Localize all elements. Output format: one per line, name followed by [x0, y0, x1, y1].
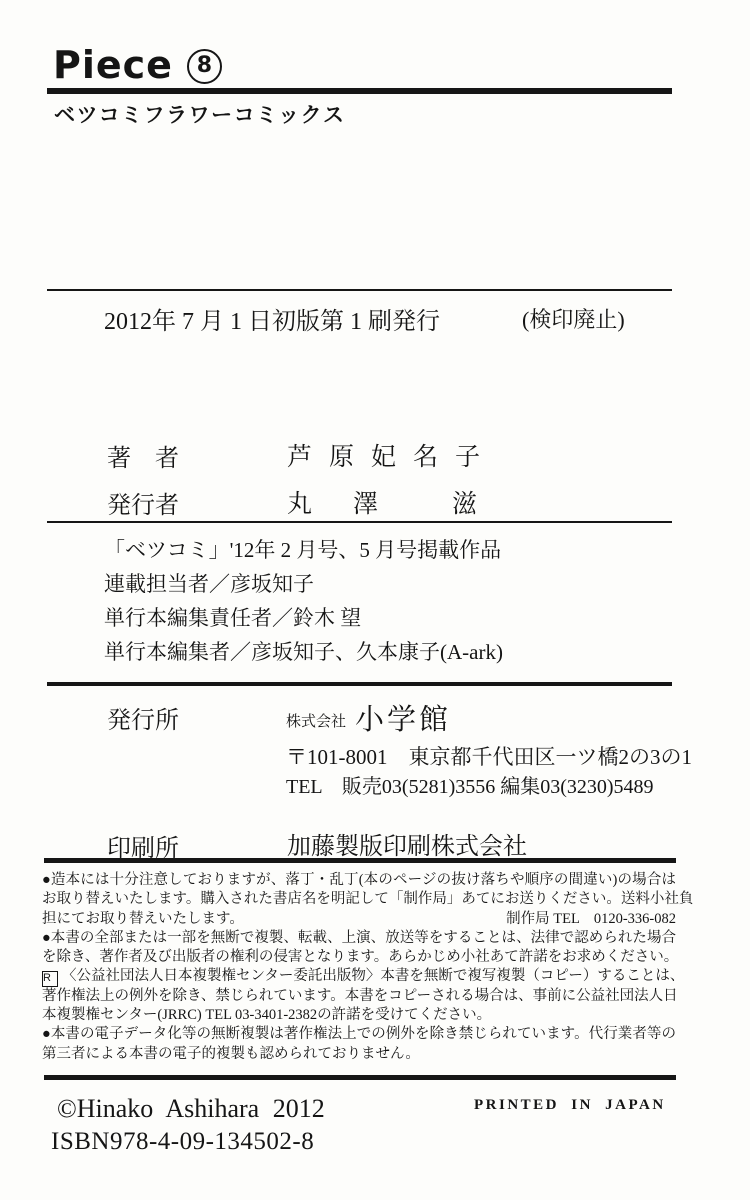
author-name: 芦原妃名子: [287, 437, 497, 473]
serial-editor: 連載担当者／彦坂知子: [104, 570, 503, 604]
book-editors: 単行本編集者／彦坂知子、久本康子(A-ark): [104, 638, 503, 672]
legal-line: ●本書の全部または一部を無断で複製、転載、上演、放送等をすることは、法律で認めら…: [42, 929, 676, 948]
book-title: Piece: [53, 46, 173, 84]
legal-bottom-rule: [44, 1075, 676, 1080]
printed-in-japan: PRINTED IN JAPAN: [474, 1097, 666, 1114]
publisher-name: 丸 澤 滋: [287, 484, 485, 520]
header-rule: [47, 88, 672, 94]
credits-top-rule: [47, 521, 672, 523]
serial-credits: 「ベツコミ」'12年 2 月号、5 月号掲載作品 連載担当者／彦坂知子 単行本編…: [104, 536, 503, 672]
publisher-top-rule: [47, 682, 672, 686]
colophon-page: Piece 8 ベツコミフラワーコミックス 2012年 7 月 1 日初版第 1…: [0, 0, 750, 1200]
book-title-row: Piece 8: [53, 46, 222, 84]
publisher-company-row: 株式会社 小学館: [286, 697, 451, 738]
serial-source: 「ベツコミ」'12年 2 月号、5 月号掲載作品: [104, 536, 503, 570]
legal-line: R〈公益社団法人日本複製権センター委託出版物〉本書を無断で複写複製（コピー）する…: [42, 967, 676, 986]
company-prefix: 株式会社: [286, 710, 346, 731]
publisher-label: 発行者: [107, 485, 179, 520]
legal-notices: ●造本には十分注意しておりますが、落丁・乱丁(本のページの抜け落ちや順序の間違い…: [42, 871, 676, 1064]
legal-line: ●造本には十分注意しておりますが、落丁・乱丁(本のページの抜け落ちや順序の間違い…: [42, 871, 676, 890]
legal-line: お取り替えいたします。購入された書店名を明記して「制作局」あてにお送りください。…: [42, 890, 676, 909]
company-name: 小学館: [355, 697, 451, 738]
inspection-note: (検印廃止): [522, 303, 625, 334]
legal-line: 著作権法上の例外を除き、禁じられています。本書をコピーされる場合は、事前に公益社…: [42, 987, 676, 1006]
publisher-address: 〒101-8001 東京都千代田区一ツ橋2の3の1: [286, 741, 692, 771]
legal-line: 担にてお取り替えいたします。 制作局 TEL 0120-336-082: [42, 910, 676, 929]
office-label: 発行所: [107, 700, 179, 735]
edition-date: 2012年 7 月 1 日初版第 1 刷発行: [104, 301, 440, 336]
isbn-number: ISBN978-4-09-134502-8: [51, 1128, 314, 1156]
legal-top-rule: [44, 858, 676, 863]
volume-badge: 8: [187, 49, 222, 84]
legal-line: を除き、著作者及び出版者の権利の侵害となります。あらかじめ小社あて許諾をお求めく…: [42, 948, 676, 967]
imprint-name: ベツコミフラワーコミックス: [54, 99, 345, 129]
printer-name: 加藤製版印刷株式会社: [287, 826, 527, 861]
legal-line: 第三者による本書の電子的複製も認められておりません。: [42, 1045, 676, 1064]
legal-line: 本複製権センター(JRRC) TEL 03-3401-2382の許諾を受けてくだ…: [42, 1006, 676, 1025]
publisher-tel: TEL 販売03(5281)3556 編集03(3230)5489: [286, 770, 654, 799]
legal-line-left: 担にてお取り替えいたします。: [42, 910, 244, 929]
chief-editor: 単行本編集責任者／鈴木 望: [104, 604, 503, 638]
seisakukyoku-tel: 制作局 TEL 0120-336-082: [506, 910, 676, 929]
edition-top-rule: [47, 289, 672, 291]
boxed-r-mark: R: [42, 971, 58, 987]
copyright-notice: ©Hinako Ashihara 2012: [57, 1094, 325, 1124]
jrrc-line: 〈公益社団法人日本複製権センター委託出版物〉本書を無断で複写複製（コピー）するこ…: [62, 968, 684, 984]
legal-line: ●本書の電子データ化等の無断複製は著作権法上での例外を除き禁じられています。代行…: [42, 1025, 676, 1044]
author-label: 著 者: [107, 438, 179, 473]
